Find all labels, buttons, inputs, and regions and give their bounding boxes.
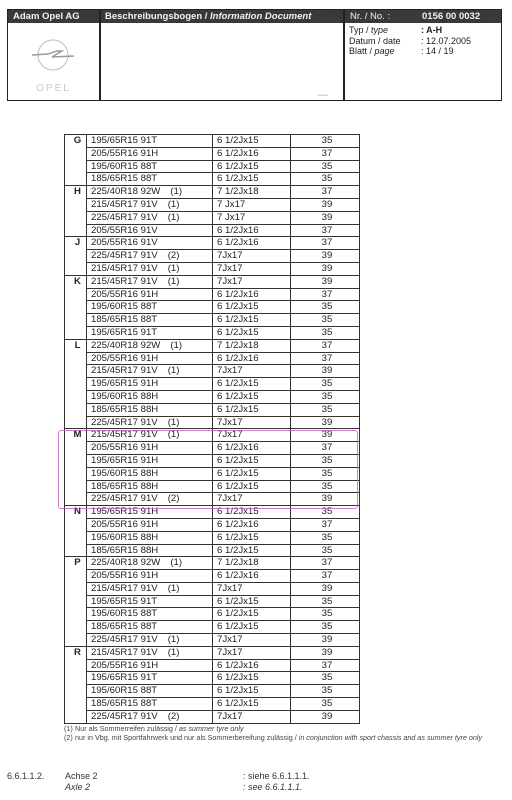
- tyre-size: 225/45R17 91V(1): [87, 416, 213, 429]
- footnote-ref: (1): [170, 340, 182, 352]
- footnote-ref: (1): [168, 276, 180, 288]
- table-row: N195/65R15 91H6 1/2Jx1535: [65, 506, 360, 519]
- tyre-size: 205/55R16 91H: [87, 570, 213, 583]
- group-letter: R: [65, 646, 87, 723]
- document-header: Adam Opel AG Beschreibungsbogen / Inform…: [7, 9, 502, 101]
- tyre-size: 185/65R15 88T: [87, 621, 213, 634]
- table-row: 205/55R16 91H6 1/2Jx1637: [65, 570, 360, 583]
- offset-value: 35: [291, 595, 360, 608]
- rim-size: 6 1/2Jx16: [213, 224, 291, 237]
- offset-value: 37: [291, 237, 360, 250]
- table-row: 185/65R15 88T6 1/2Jx1535: [65, 698, 360, 711]
- rim-size: 6 1/2Jx15: [213, 672, 291, 685]
- table-row: G195/65R15 91T6 1/2Jx1535: [65, 135, 360, 148]
- tyre-size: 195/60R15 88H: [87, 531, 213, 544]
- table-row: 205/55R16 91H6 1/2Jx1637: [65, 288, 360, 301]
- rim-size: 6 1/2Jx15: [213, 531, 291, 544]
- section-title: Achse 2Axle 2: [65, 771, 98, 792]
- group-letter: J: [65, 237, 87, 275]
- table-row: 195/60R15 88H6 1/2Jx1535: [65, 531, 360, 544]
- table-row: 195/60R15 88T6 1/2Jx1535: [65, 685, 360, 698]
- offset-value: 35: [291, 135, 360, 148]
- rim-size: 7Jx17: [213, 429, 291, 442]
- tyre-size: 215/45R17 91V(1): [87, 198, 213, 211]
- tyre-size: 225/40R18 92W(1): [87, 557, 213, 570]
- rim-size: 6 1/2Jx15: [213, 160, 291, 173]
- tyre-size: 185/65R15 88H: [87, 480, 213, 493]
- rim-size: 6 1/2Jx16: [213, 442, 291, 455]
- rim-size: 6 1/2Jx15: [213, 390, 291, 403]
- group-letter: P: [65, 557, 87, 647]
- tyre-size: 195/60R15 88T: [87, 160, 213, 173]
- tyre-size: 225/45R17 91V(2): [87, 250, 213, 263]
- tyre-size: 185/65R15 88H: [87, 544, 213, 557]
- table-row: M215/45R17 91V(1)7Jx1739: [65, 429, 360, 442]
- tyre-size: 185/65R15 88T: [87, 173, 213, 186]
- tyre-size: 205/55R16 91H: [87, 352, 213, 365]
- offset-value: 35: [291, 608, 360, 621]
- rim-size: 6 1/2Jx16: [213, 352, 291, 365]
- offset-value: 35: [291, 301, 360, 314]
- rim-size: 6 1/2Jx15: [213, 698, 291, 711]
- offset-value: 39: [291, 429, 360, 442]
- company-name: Adam Opel AG: [13, 10, 80, 23]
- tyre-size: 215/45R17 91V(1): [87, 365, 213, 378]
- offset-value: 39: [291, 416, 360, 429]
- table-row: 195/60R15 88T6 1/2Jx1535: [65, 608, 360, 621]
- divider: [343, 10, 345, 100]
- rim-size: 7 1/2Jx18: [213, 186, 291, 199]
- tyre-size: 215/45R17 91V(1): [87, 275, 213, 288]
- tyre-size: 195/65R15 91T: [87, 135, 213, 148]
- rim-size: 6 1/2Jx15: [213, 173, 291, 186]
- group-letter: M: [65, 429, 87, 506]
- header-bar: Adam Opel AG Beschreibungsbogen / Inform…: [8, 10, 501, 23]
- offset-value: 37: [291, 352, 360, 365]
- tyre-size: 195/65R15 91H: [87, 454, 213, 467]
- rim-size: 6 1/2Jx15: [213, 326, 291, 339]
- rim-size: 6 1/2Jx16: [213, 288, 291, 301]
- section-number: 6.6.1.1.2.: [7, 771, 45, 782]
- table-row: 225/45R17 91V(2)7Jx1739: [65, 710, 360, 723]
- group-letter: L: [65, 339, 87, 429]
- table-row: 185/65R15 88T6 1/2Jx1535: [65, 621, 360, 634]
- document-number: 0156 00 0032: [422, 10, 480, 23]
- rim-size: 6 1/2Jx16: [213, 147, 291, 160]
- tyre-size: 195/65R15 91H: [87, 378, 213, 391]
- table-row: 195/60R15 88H6 1/2Jx1535: [65, 467, 360, 480]
- group-letter: H: [65, 186, 87, 237]
- tyre-size: 225/45R17 91V(2): [87, 493, 213, 506]
- offset-value: 39: [291, 493, 360, 506]
- rim-size: 6 1/2Jx15: [213, 685, 291, 698]
- footnote-ref: (1): [168, 263, 180, 275]
- table-row: 205/55R16 91H6 1/2Jx1637: [65, 352, 360, 365]
- tyre-size: 205/55R16 91H: [87, 288, 213, 301]
- rim-size: 7Jx17: [213, 634, 291, 647]
- rim-size: 6 1/2Jx15: [213, 301, 291, 314]
- offset-value: 39: [291, 710, 360, 723]
- rim-size: 7Jx17: [213, 646, 291, 659]
- offset-value: 39: [291, 198, 360, 211]
- table-row: 215/45R17 91V(1)7Jx1739: [65, 365, 360, 378]
- table-row: 185/65R15 88H6 1/2Jx1535: [65, 480, 360, 493]
- table-row: P225/40R18 92W(1)7 1/2Jx1837: [65, 557, 360, 570]
- table-row: 205/55R16 91H6 1/2Jx1637: [65, 442, 360, 455]
- offset-value: 37: [291, 557, 360, 570]
- rim-size: 6 1/2Jx16: [213, 570, 291, 583]
- footnote-ref: (1): [168, 647, 180, 659]
- offset-value: 37: [291, 570, 360, 583]
- footnote-ref: (1): [168, 199, 180, 211]
- rim-size: 7Jx17: [213, 582, 291, 595]
- offset-value: 37: [291, 186, 360, 199]
- table-row: J205/55R16 91V6 1/2Jx1637: [65, 237, 360, 250]
- offset-value: 37: [291, 288, 360, 301]
- offset-value: 35: [291, 672, 360, 685]
- tyre-size: 205/55R16 91H: [87, 659, 213, 672]
- section-value: : siehe 6.6.1.1.1.: see 6.6.1.1.1.: [243, 771, 310, 792]
- offset-value: 39: [291, 634, 360, 647]
- tyre-size: 215/45R17 91V(1): [87, 429, 213, 442]
- tyre-size: 225/40R18 92W(1): [87, 339, 213, 352]
- table-row: 205/55R16 91H6 1/2Jx1637: [65, 147, 360, 160]
- tyre-table: G195/65R15 91T6 1/2Jx1535205/55R16 91H6 …: [64, 134, 360, 724]
- tyre-size: 195/60R15 88T: [87, 608, 213, 621]
- tyre-size: 195/60R15 88T: [87, 685, 213, 698]
- footnote-ref: (1): [168, 417, 180, 429]
- offset-value: 39: [291, 211, 360, 224]
- offset-value: 35: [291, 544, 360, 557]
- offset-value: 37: [291, 339, 360, 352]
- table-row: 225/45R17 91V(1)7Jx1739: [65, 416, 360, 429]
- offset-value: 35: [291, 314, 360, 327]
- offset-value: 35: [291, 378, 360, 391]
- footnote-ref: (1): [168, 634, 180, 646]
- rim-size: 7Jx17: [213, 250, 291, 263]
- rim-size: 6 1/2Jx15: [213, 608, 291, 621]
- offset-value: 35: [291, 531, 360, 544]
- rim-size: 6 1/2Jx15: [213, 544, 291, 557]
- offset-value: 35: [291, 698, 360, 711]
- table-row: 215/45R17 91V(1)7 Jx1739: [65, 198, 360, 211]
- table-row: 225/45R17 91V(2)7Jx1739: [65, 493, 360, 506]
- tyre-size: 225/45R17 91V(2): [87, 710, 213, 723]
- offset-value: 35: [291, 621, 360, 634]
- tyre-size: 215/45R17 91V(1): [87, 582, 213, 595]
- tyre-size: 185/65R15 88T: [87, 314, 213, 327]
- table-row: 195/60R15 88T6 1/2Jx1535: [65, 301, 360, 314]
- rim-size: 7Jx17: [213, 275, 291, 288]
- opel-blitz-icon: [8, 23, 99, 83]
- offset-value: 35: [291, 160, 360, 173]
- footnote-ref: (1): [168, 365, 180, 377]
- table-row: 215/45R17 91V(1)7Jx1739: [65, 262, 360, 275]
- rim-size: 6 1/2Jx16: [213, 659, 291, 672]
- rim-size: 6 1/2Jx16: [213, 518, 291, 531]
- table-row: 195/65R15 91H6 1/2Jx1535: [65, 378, 360, 391]
- rim-size: 6 1/2Jx15: [213, 480, 291, 493]
- rim-size: 6 1/2Jx16: [213, 237, 291, 250]
- rim-size: 7Jx17: [213, 493, 291, 506]
- opel-logo: OPEL: [8, 23, 99, 100]
- offset-value: 39: [291, 275, 360, 288]
- table-row: 185/65R15 88T6 1/2Jx1535: [65, 173, 360, 186]
- offset-value: 35: [291, 403, 360, 416]
- offset-value: 39: [291, 262, 360, 275]
- rim-size: 7 Jx17: [213, 211, 291, 224]
- form-code: ▪▪▪▪▪▪▪▪▪: [318, 93, 328, 97]
- footnotes: (1)Nur als Sommerreifen zulässig / as su…: [64, 725, 504, 742]
- table-row: H225/40R18 92W(1)7 1/2Jx1837: [65, 186, 360, 199]
- offset-value: 35: [291, 480, 360, 493]
- footnote-2: (2)nur in Vbg. mit Sportfahrwerk und nur…: [64, 734, 504, 743]
- rim-size: 7Jx17: [213, 710, 291, 723]
- rim-size: 6 1/2Jx15: [213, 506, 291, 519]
- table-row: 195/65R15 91T6 1/2Jx1535: [65, 595, 360, 608]
- rim-size: 6 1/2Jx15: [213, 621, 291, 634]
- offset-value: 39: [291, 646, 360, 659]
- offset-value: 35: [291, 454, 360, 467]
- logo-text: OPEL: [8, 83, 99, 94]
- offset-value: 37: [291, 224, 360, 237]
- tyre-size: 195/60R15 88T: [87, 301, 213, 314]
- footnote-ref: (1): [170, 557, 182, 569]
- offset-value: 35: [291, 326, 360, 339]
- table-row: 185/65R15 88T6 1/2Jx1535: [65, 314, 360, 327]
- offset-value: 39: [291, 365, 360, 378]
- table-row: 195/65R15 91H6 1/2Jx1535: [65, 454, 360, 467]
- offset-value: 35: [291, 685, 360, 698]
- rim-size: 7Jx17: [213, 416, 291, 429]
- tyre-size: 225/40R18 92W(1): [87, 186, 213, 199]
- footnote-ref: (1): [170, 186, 182, 198]
- tyre-size: 195/65R15 91T: [87, 672, 213, 685]
- offset-value: 37: [291, 659, 360, 672]
- offset-value: 35: [291, 506, 360, 519]
- tyre-size: 195/65R15 91T: [87, 326, 213, 339]
- rim-size: 7 1/2Jx18: [213, 339, 291, 352]
- offset-value: 37: [291, 147, 360, 160]
- offset-value: 37: [291, 442, 360, 455]
- offset-value: 35: [291, 173, 360, 186]
- table-row: 195/60R15 88T6 1/2Jx1535: [65, 160, 360, 173]
- rim-size: 7 1/2Jx18: [213, 557, 291, 570]
- tyre-size: 215/45R17 91V(1): [87, 262, 213, 275]
- tyre-size: 195/65R15 91T: [87, 595, 213, 608]
- offset-value: 39: [291, 582, 360, 595]
- tyre-size: 205/55R16 91H: [87, 442, 213, 455]
- tyre-size: 215/45R17 91V(1): [87, 646, 213, 659]
- footnote-ref: (1): [168, 583, 180, 595]
- table-row: 205/55R16 91H6 1/2Jx1637: [65, 518, 360, 531]
- offset-value: 39: [291, 250, 360, 263]
- rim-size: 6 1/2Jx15: [213, 403, 291, 416]
- footnote-ref: (2): [168, 493, 180, 505]
- tyre-size: 195/65R15 91H: [87, 506, 213, 519]
- table-row: 225/45R17 91V(1)7 Jx1739: [65, 211, 360, 224]
- offset-value: 37: [291, 518, 360, 531]
- tyre-size: 195/60R15 88H: [87, 390, 213, 403]
- tyre-size: 205/55R16 91H: [87, 518, 213, 531]
- table-row: 225/45R17 91V(2)7Jx1739: [65, 250, 360, 263]
- footnote-ref: (1): [168, 429, 180, 441]
- rim-size: 7Jx17: [213, 262, 291, 275]
- document-title: Beschreibungsbogen / Information Documen…: [105, 10, 311, 23]
- group-letter: G: [65, 135, 87, 186]
- table-row: 195/65R15 91T6 1/2Jx1535: [65, 326, 360, 339]
- group-letter: K: [65, 275, 87, 339]
- group-letter: N: [65, 506, 87, 557]
- table-row: L225/40R18 92W(1)7 1/2Jx1837: [65, 339, 360, 352]
- table-row: R215/45R17 91V(1)7Jx1739: [65, 646, 360, 659]
- table-row: 195/65R15 91T6 1/2Jx1535: [65, 672, 360, 685]
- tyre-size: 185/65R15 88T: [87, 698, 213, 711]
- table-row: 185/65R15 88H6 1/2Jx1535: [65, 544, 360, 557]
- rim-size: 7Jx17: [213, 365, 291, 378]
- footnote-ref: (2): [168, 250, 180, 262]
- tyre-size: 185/65R15 88H: [87, 403, 213, 416]
- tyre-size: 225/45R17 91V(1): [87, 211, 213, 224]
- footnote-ref: (1): [168, 212, 180, 224]
- rim-size: 6 1/2Jx15: [213, 454, 291, 467]
- divider: [99, 10, 101, 100]
- offset-value: 35: [291, 390, 360, 403]
- table-row: 205/55R16 91V6 1/2Jx1637: [65, 224, 360, 237]
- rim-size: 6 1/2Jx15: [213, 467, 291, 480]
- table-row: 195/60R15 88H6 1/2Jx1535: [65, 390, 360, 403]
- offset-value: 35: [291, 467, 360, 480]
- tyre-size: 195/60R15 88H: [87, 467, 213, 480]
- tyre-size: 225/45R17 91V(1): [87, 634, 213, 647]
- rim-size: 6 1/2Jx15: [213, 595, 291, 608]
- footnote-ref: (2): [168, 711, 180, 723]
- table-row: 205/55R16 91H6 1/2Jx1637: [65, 659, 360, 672]
- table-row: 225/45R17 91V(1)7Jx1739: [65, 634, 360, 647]
- tyre-size: 205/55R16 91H: [87, 147, 213, 160]
- rim-size: 7 Jx17: [213, 198, 291, 211]
- number-label: Nr. / No. :: [350, 10, 390, 23]
- table-row: 185/65R15 88H6 1/2Jx1535: [65, 403, 360, 416]
- rim-size: 6 1/2Jx15: [213, 135, 291, 148]
- tyre-size: 205/55R16 91V: [87, 237, 213, 250]
- rim-size: 6 1/2Jx15: [213, 378, 291, 391]
- rim-size: 6 1/2Jx15: [213, 314, 291, 327]
- table-row: 215/45R17 91V(1)7Jx1739: [65, 582, 360, 595]
- tyre-size: 205/55R16 91V: [87, 224, 213, 237]
- table-row: K215/45R17 91V(1)7Jx1739: [65, 275, 360, 288]
